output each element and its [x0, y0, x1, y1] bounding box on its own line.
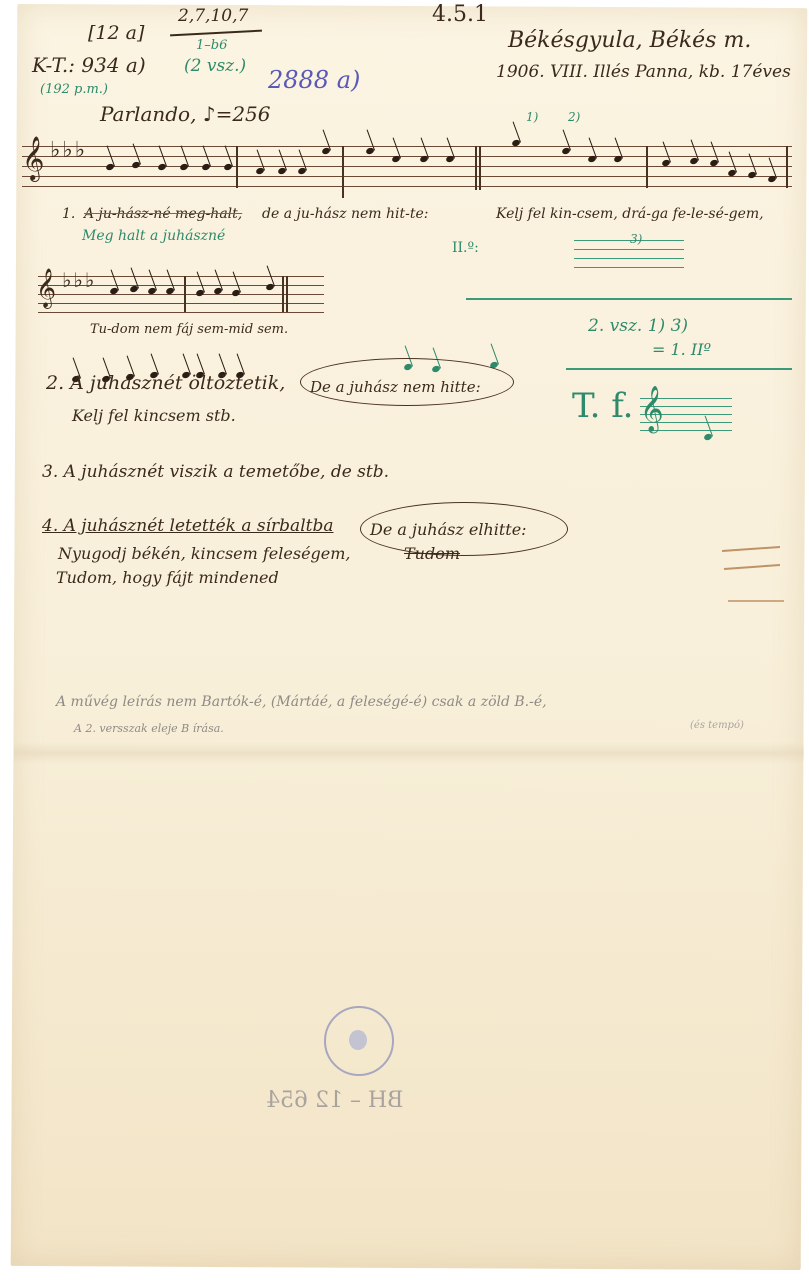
section-divider [566, 368, 792, 370]
lyric-verse4-struck: Tudom [404, 544, 460, 563]
lyric-verse1-refrain: Kelj fel kin-csem, drá-ga fe-le-sé-gem, [496, 206, 764, 222]
barline [786, 146, 788, 188]
lyric-verse2: 2. A juhásznét öltöztetik, [46, 372, 285, 394]
paper-stain [728, 600, 784, 602]
lyric-verse4-cont2: Tudom, hogy fájt mindened [56, 568, 279, 587]
treble-clef-icon: 𝄞 [36, 268, 56, 308]
lyric-verse1-line: de a ju-hász nem hit-te: [262, 206, 428, 222]
inventory-number: BH – 12 654 [266, 1088, 403, 1113]
paper-fold [14, 742, 804, 764]
manuscript-page [11, 4, 808, 1270]
blue-catalog-number: 2888 a) [268, 66, 360, 94]
section-divider [466, 298, 792, 300]
lyric-verse4: 4. A juhásznét letették a sírbaltba [42, 516, 333, 536]
footnote-mark-3: 3) [630, 232, 642, 246]
lyric-verse4-cont1: Nyugodj békén, kincsem feleségem, [58, 544, 351, 563]
collection-place: Békésgyula, Békés m. [508, 28, 751, 53]
variant-label: II.º: [452, 240, 479, 256]
library-stamp [324, 1006, 394, 1076]
date-and-singer: 1906. VIII. Illés Panna, kb. 17éves [496, 62, 791, 82]
footnote-mark-2: 2) [568, 110, 580, 124]
lyric-verse1-end: Tu-dom nem fáj sem-mid sem. [90, 322, 288, 337]
treble-clef-icon: 𝄞 [640, 386, 664, 432]
treble-clef-icon: 𝄞 [22, 136, 44, 181]
catalog-ref: K-T.: 934 a) [32, 53, 146, 77]
music-staff-1 [22, 146, 792, 190]
lyric-verse1-struck: A ju-hász-né meg-halt, [84, 206, 242, 222]
key-signature-flats: ♭♭♭ [50, 138, 87, 163]
barline [646, 146, 648, 188]
tonic-label: T. f. [572, 386, 633, 426]
footnote-mark-1: 1) [526, 110, 538, 124]
lyric-verse4-circled: De a juhász elhitte: [370, 520, 527, 539]
archive-number: 4.5.1 [432, 2, 488, 27]
pitch-note: (192 p.m.) [40, 82, 108, 97]
barline [282, 276, 284, 312]
verse2-note: 2. vsz. 1) 3) [588, 316, 688, 336]
barline [286, 276, 288, 312]
lyric-verse3: 3. A juhásznét viszik a temetőbe, de stb… [42, 462, 389, 482]
barline [184, 276, 186, 312]
fraction-top: 2,7,10,7 [178, 6, 248, 26]
verse2-equivalence: = 1. IIº [652, 340, 711, 359]
pencil-side-note: (és tempó) [690, 720, 744, 731]
barline [236, 146, 238, 188]
pencil-note-line-1: A művég leírás nem Bartók-é, (Mártáé, a … [56, 694, 547, 710]
double-barline [475, 146, 477, 190]
key-signature-flats: ♭♭♭ [62, 268, 96, 292]
verse-count-note: (2 vsz.) [184, 56, 246, 76]
tempo-marking: Parlando, ♪=256 [100, 102, 271, 126]
barline [342, 146, 344, 198]
bracket-ref: [12 a] [88, 22, 144, 44]
double-barline [479, 146, 481, 190]
lyric-verse2-cont: Kelj fel kincsem stb. [72, 406, 236, 425]
lyric-verse1-number: 1. [62, 206, 75, 222]
fraction-bottom: 1–b6 [196, 38, 227, 53]
lyric-verse2-circled: De a juhász nem hitte: [310, 378, 481, 396]
pencil-note-line-2: A 2. versszak eleje B írása. [74, 722, 224, 735]
lyric-correction: Meg halt a juhászné [82, 228, 225, 244]
variant-staff [574, 240, 684, 276]
